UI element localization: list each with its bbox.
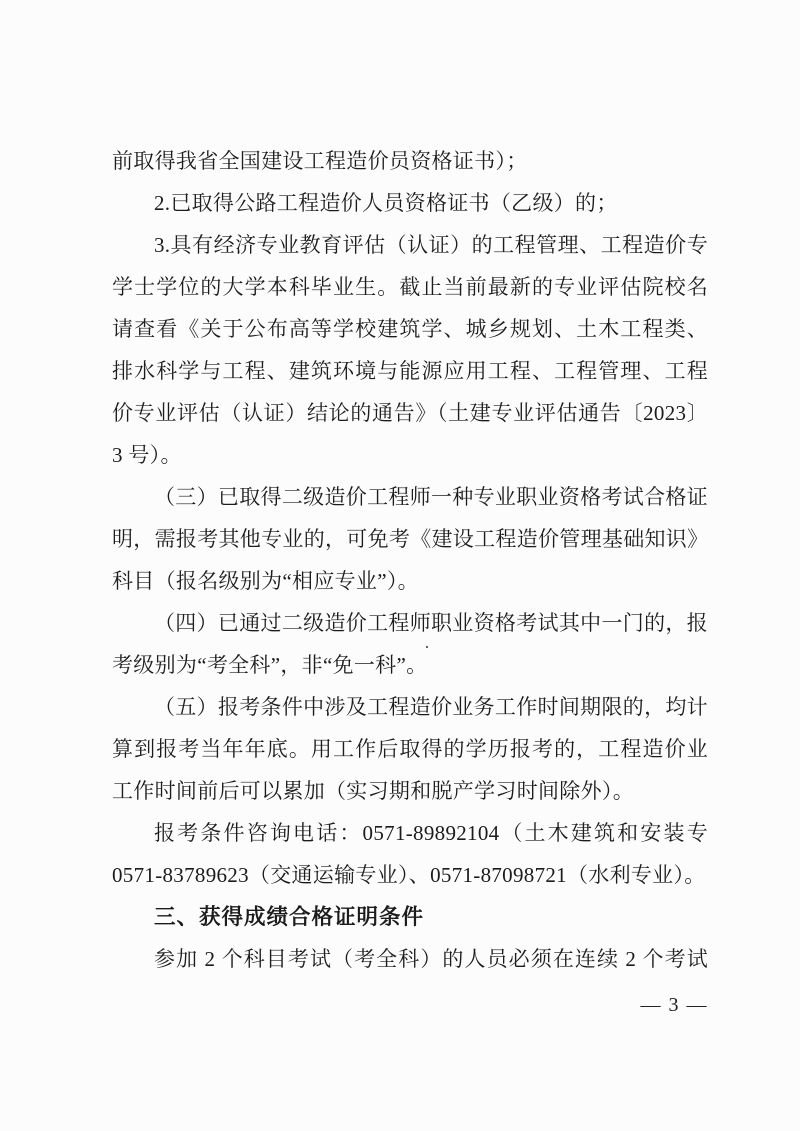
text-line: 价专业评估（认证）结论的通告》（土建专业评估通告〔2023〕第 — [112, 392, 708, 434]
text-line: 3.具有经济专业教育评估（认证）的工程管理、工程造价专业 — [112, 224, 708, 266]
text-line: 0571-83789623（交通运输专业）、0571-87098721（水利专业… — [112, 854, 708, 896]
page-number: — 3 — — [641, 994, 709, 1017]
text-block: 前取得我省全国建设工程造价员资格证书）； 2.已取得公路工程造价人员资格证书（乙… — [112, 140, 708, 980]
text-line: 前取得我省全国建设工程造价员资格证书）； — [112, 140, 708, 182]
text-line: 学士学位的大学本科毕业生。截止当前最新的专业评估院校名单 — [112, 266, 708, 308]
text-line: 报考条件咨询电话：0571-89892104（土木建筑和安装专业）、 — [112, 812, 708, 854]
text-line: （四）已通过二级造价工程师职业资格考试其中一门的，报 — [112, 602, 708, 644]
document-page: 前取得我省全国建设工程造价员资格证书）； 2.已取得公路工程造价人员资格证书（乙… — [0, 0, 800, 1131]
text-line: 考级别为“考全科”，非“免一科”。 — [112, 644, 708, 686]
text-line: 参加 2 个科目考试（考全科）的人员必须在连续 2 个考试年 — [112, 938, 708, 980]
text-line: 科目（报名级别为“相应专业”）。 — [112, 560, 708, 602]
text-line: （三）已取得二级造价工程师一种专业职业资格考试合格证 — [112, 476, 708, 518]
text-line: 排水科学与工程、建筑环境与能源应用工程、工程管理、工程造 — [112, 350, 708, 392]
scan-artifact-dot: · — [424, 638, 430, 656]
section-heading: 三、获得成绩合格证明条件 — [112, 896, 708, 938]
text-line: 3 号）。 — [112, 434, 708, 476]
text-line: 明，需报考其他专业的，可免考《建设工程造价管理基础知识》 — [112, 518, 708, 560]
text-line: 算到报考当年年底。用工作后取得的学历报考的，工程造价业务 — [112, 728, 708, 770]
text-line: 工作时间前后可以累加（实习期和脱产学习时间除外）。 — [112, 770, 708, 812]
text-line: 2.已取得公路工程造价人员资格证书（乙级）的； — [112, 182, 708, 224]
text-line: （五）报考条件中涉及工程造价业务工作时间期限的，均计 — [112, 686, 708, 728]
text-line: 请查看《关于公布高等学校建筑学、城乡规划、土木工程类、给 — [112, 308, 708, 350]
